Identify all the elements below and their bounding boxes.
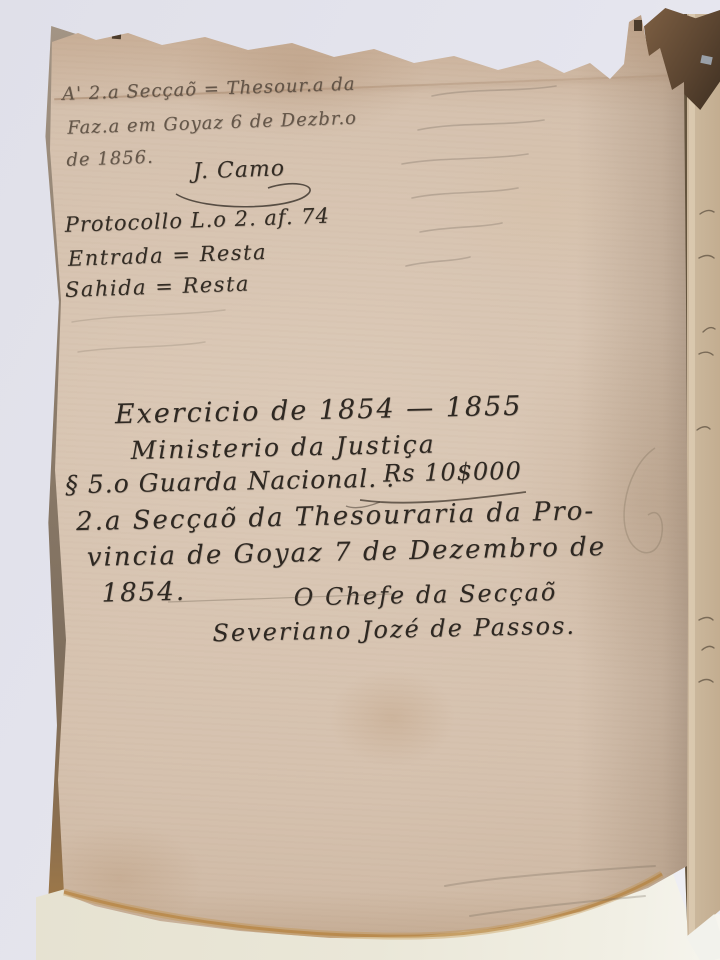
page-curl-highlight — [689, 14, 695, 938]
budget-amount: Rs 10$000 — [383, 457, 522, 488]
address-line-2: vincia de Goyaz 7 de Dezembro de — [87, 532, 607, 573]
address-line-1: 2.a Secçaõ da Thesouraria da Pro- — [76, 496, 596, 537]
body-block: Exercicio de 1854 — 1855 Ministerio da J… — [0, 0, 720, 960]
manuscript-page: A' 2.a Secçaõ = Thesour.a da Faz.a em Go… — [0, 0, 720, 960]
address-line-3: 1854. — [101, 577, 186, 609]
budget-label: § 5.o Guarda Nacional. . — [65, 463, 395, 499]
exercise-line: Exercicio de 1854 — 1855 — [115, 391, 523, 431]
manuscript-photo: A' 2.a Secçaõ = Thesour.a da Faz.a em Go… — [0, 0, 720, 960]
signature-line: Severiano Jozé de Passos. — [212, 612, 576, 648]
closing-line: O Chefe da Secçaõ — [293, 578, 557, 612]
